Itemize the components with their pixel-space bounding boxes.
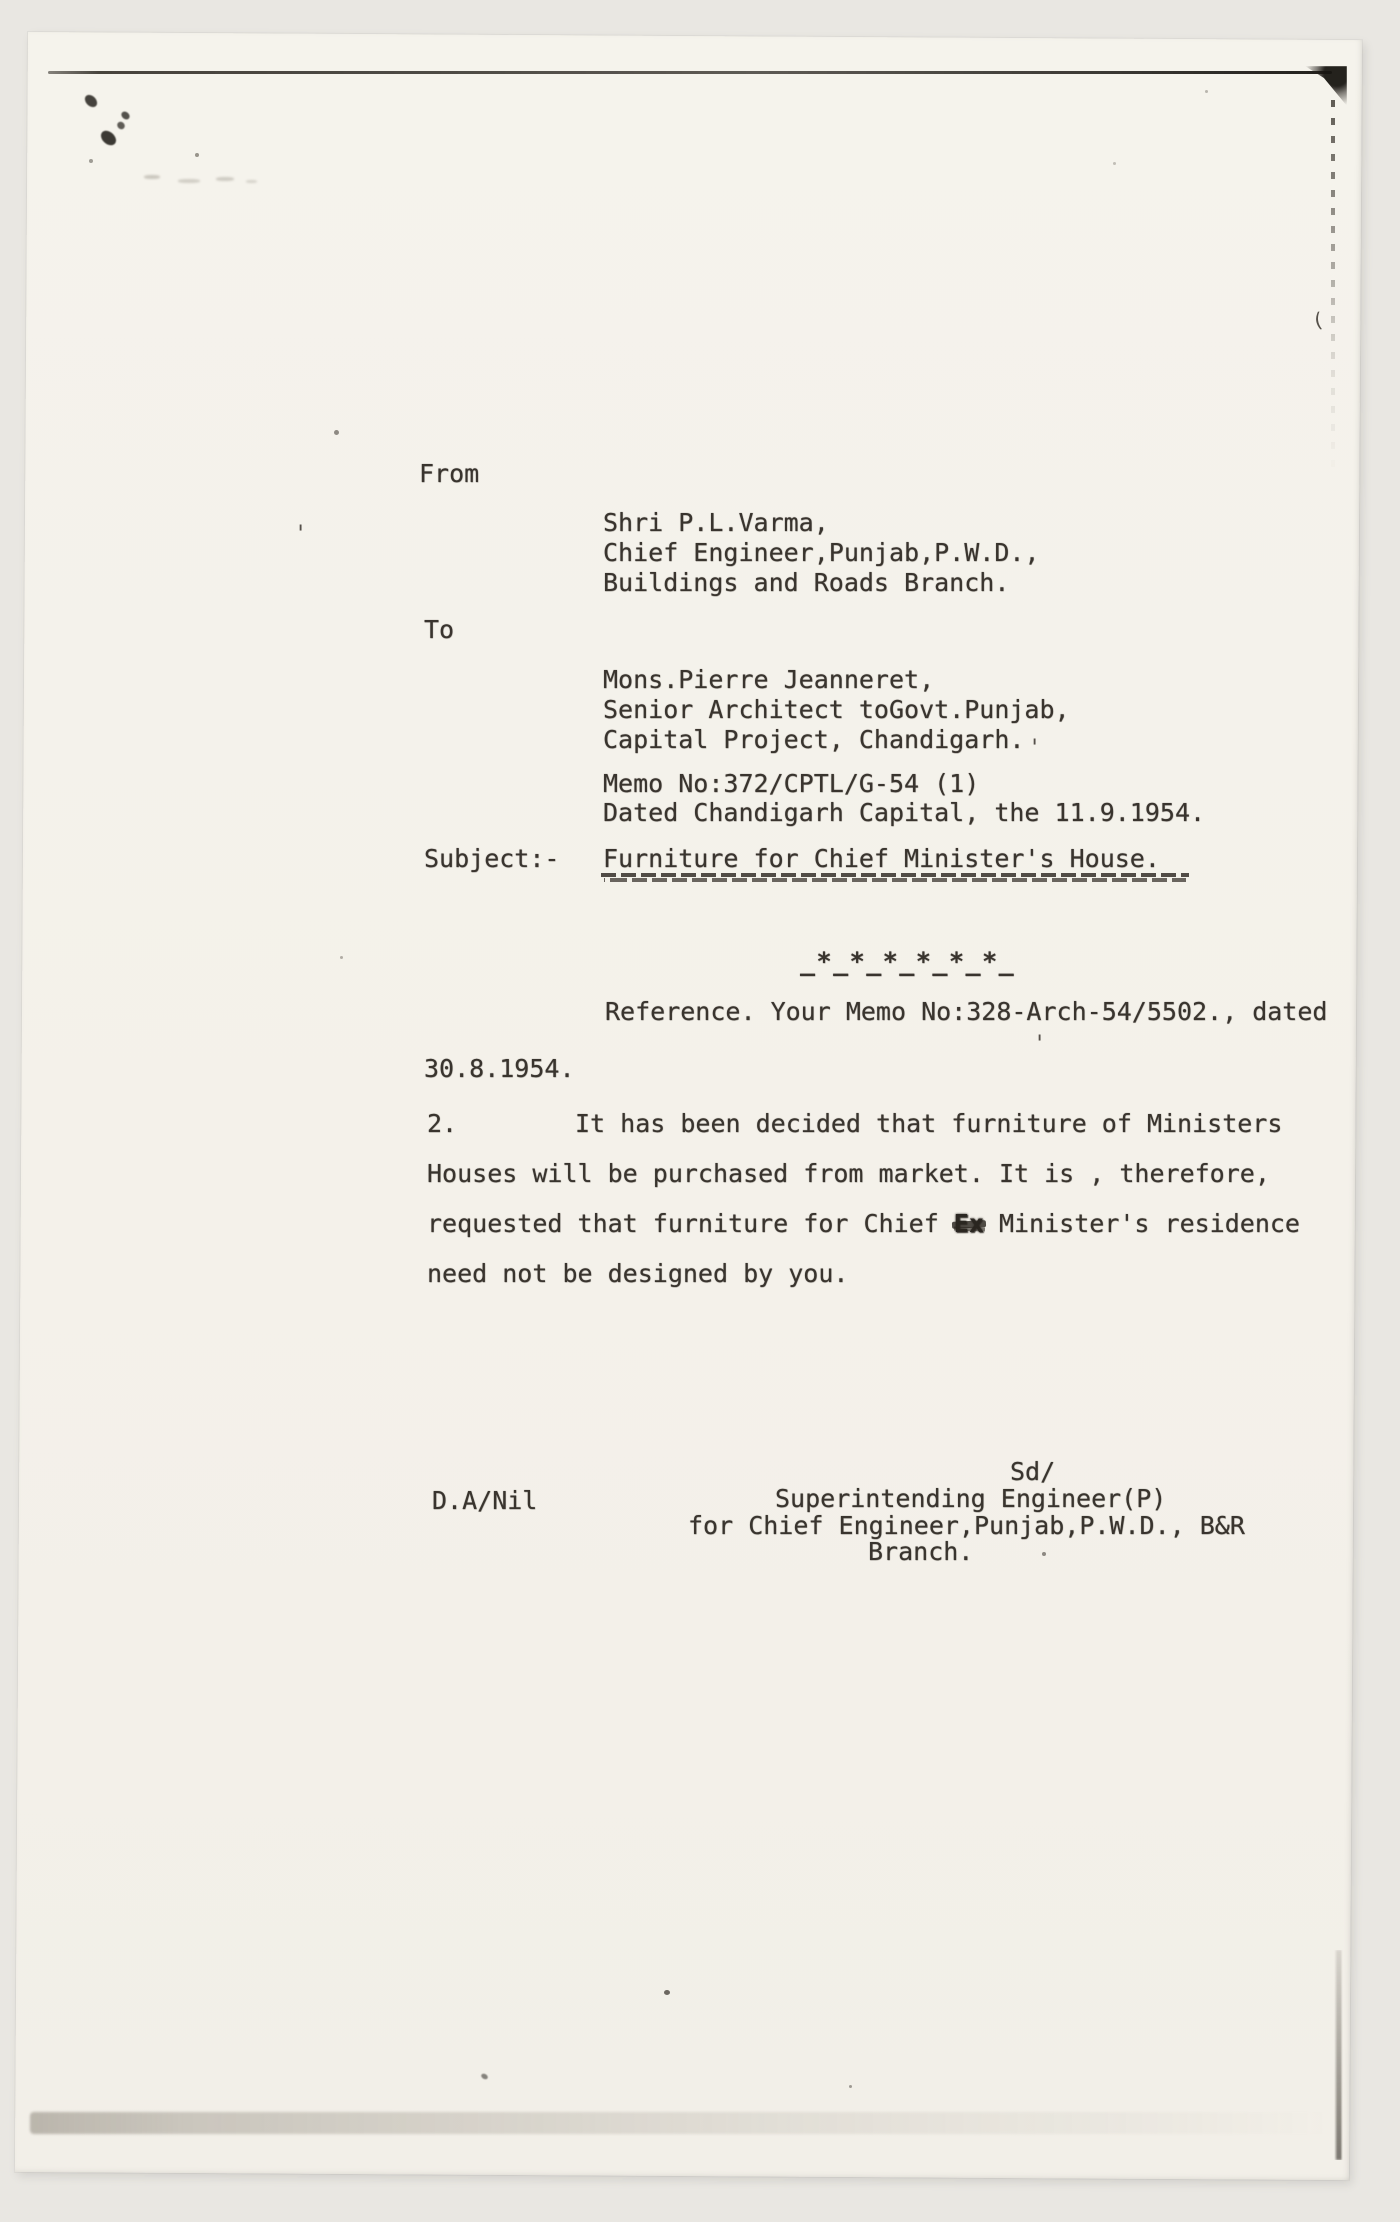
struck-out-word: Ex	[954, 1210, 984, 1238]
paragraph-line: requested that furniture for Chief Ex Mi…	[427, 1210, 1300, 1238]
dust-speck	[195, 153, 199, 157]
dust-speck	[89, 159, 93, 163]
ink-smear	[216, 177, 234, 181]
paragraph-line: It has been decided that furniture of Mi…	[575, 1110, 1282, 1138]
ink-smear	[178, 179, 200, 183]
stray-apostrophe: '	[294, 522, 307, 547]
sender-line: Chief Engineer,Punjab,P.W.D.,	[603, 539, 1040, 567]
memo-date-line: Dated Chandigarh Capital, the 11.9.1954.	[603, 799, 1205, 827]
right-edge-ink-drips	[1331, 100, 1335, 480]
signatory-title: Superintending Engineer(P)	[775, 1485, 1166, 1513]
enclosure-note: D.A/Nil	[432, 1487, 537, 1515]
reference-date: 30.8.1954.	[424, 1055, 575, 1083]
dust-speck	[1042, 1552, 1046, 1556]
recipient-line: Capital Project, Chandigarh.	[603, 726, 1024, 754]
recipient-line: Mons.Pierre Jeanneret,	[603, 666, 934, 694]
dust-speck	[664, 1990, 670, 1995]
paragraph-line3-prefix: requested that furniture for Chief	[427, 1209, 954, 1238]
to-label: To	[424, 616, 454, 644]
dust-speck	[849, 2085, 852, 2088]
sender-line: Buildings and Roads Branch.	[603, 569, 1009, 597]
dust-speck	[340, 956, 343, 959]
paragraph-line: need not be designed by you.	[427, 1260, 848, 1288]
subject-text: Furniture for Chief Minister's House.	[603, 845, 1160, 873]
scanned-letter: ' ' ' ( From Shri P.L.Varma, Chief Engin…	[0, 0, 1400, 2222]
dust-speck	[1205, 90, 1208, 93]
ink-smear	[144, 175, 160, 179]
stray-apostrophe: '	[1028, 736, 1041, 761]
top-rule-line	[48, 71, 1332, 74]
subject-underline	[601, 873, 1189, 877]
reference-line: Reference. Your Memo No:328-Arch-54/5502…	[605, 998, 1327, 1026]
ink-smear	[246, 180, 257, 183]
signature-branch: Branch.	[868, 1538, 973, 1566]
signature-sd: Sd/	[1010, 1458, 1055, 1486]
from-label: From	[419, 460, 479, 488]
subject-label: Subject:-	[424, 845, 559, 873]
sender-line: Shri P.L.Varma,	[603, 509, 829, 537]
paragraph-line: Houses will be purchased from market. It…	[427, 1160, 1270, 1188]
paper-sheet	[15, 32, 1362, 2180]
separator-line: _*_*_*_*_*_*_	[800, 948, 1015, 976]
subject-underline	[604, 878, 1186, 882]
memo-number-line: Memo No:372/CPTL/G-54 (1)	[603, 770, 979, 798]
dust-speck	[334, 430, 339, 435]
stray-apostrophe: '	[1033, 1032, 1046, 1057]
dust-speck	[1113, 162, 1116, 165]
recipient-line: Senior Architect toGovt.Punjab,	[603, 696, 1070, 724]
signature-for-line: for Chief Engineer,Punjab,P.W.D., B&R	[688, 1512, 1245, 1540]
bottom-smudge-band	[30, 2112, 1330, 2134]
paragraph-number: 2.	[427, 1110, 457, 1138]
paragraph-line3-suffix: Minister's residence	[984, 1209, 1300, 1238]
right-edge-smudge	[1334, 1950, 1343, 2160]
